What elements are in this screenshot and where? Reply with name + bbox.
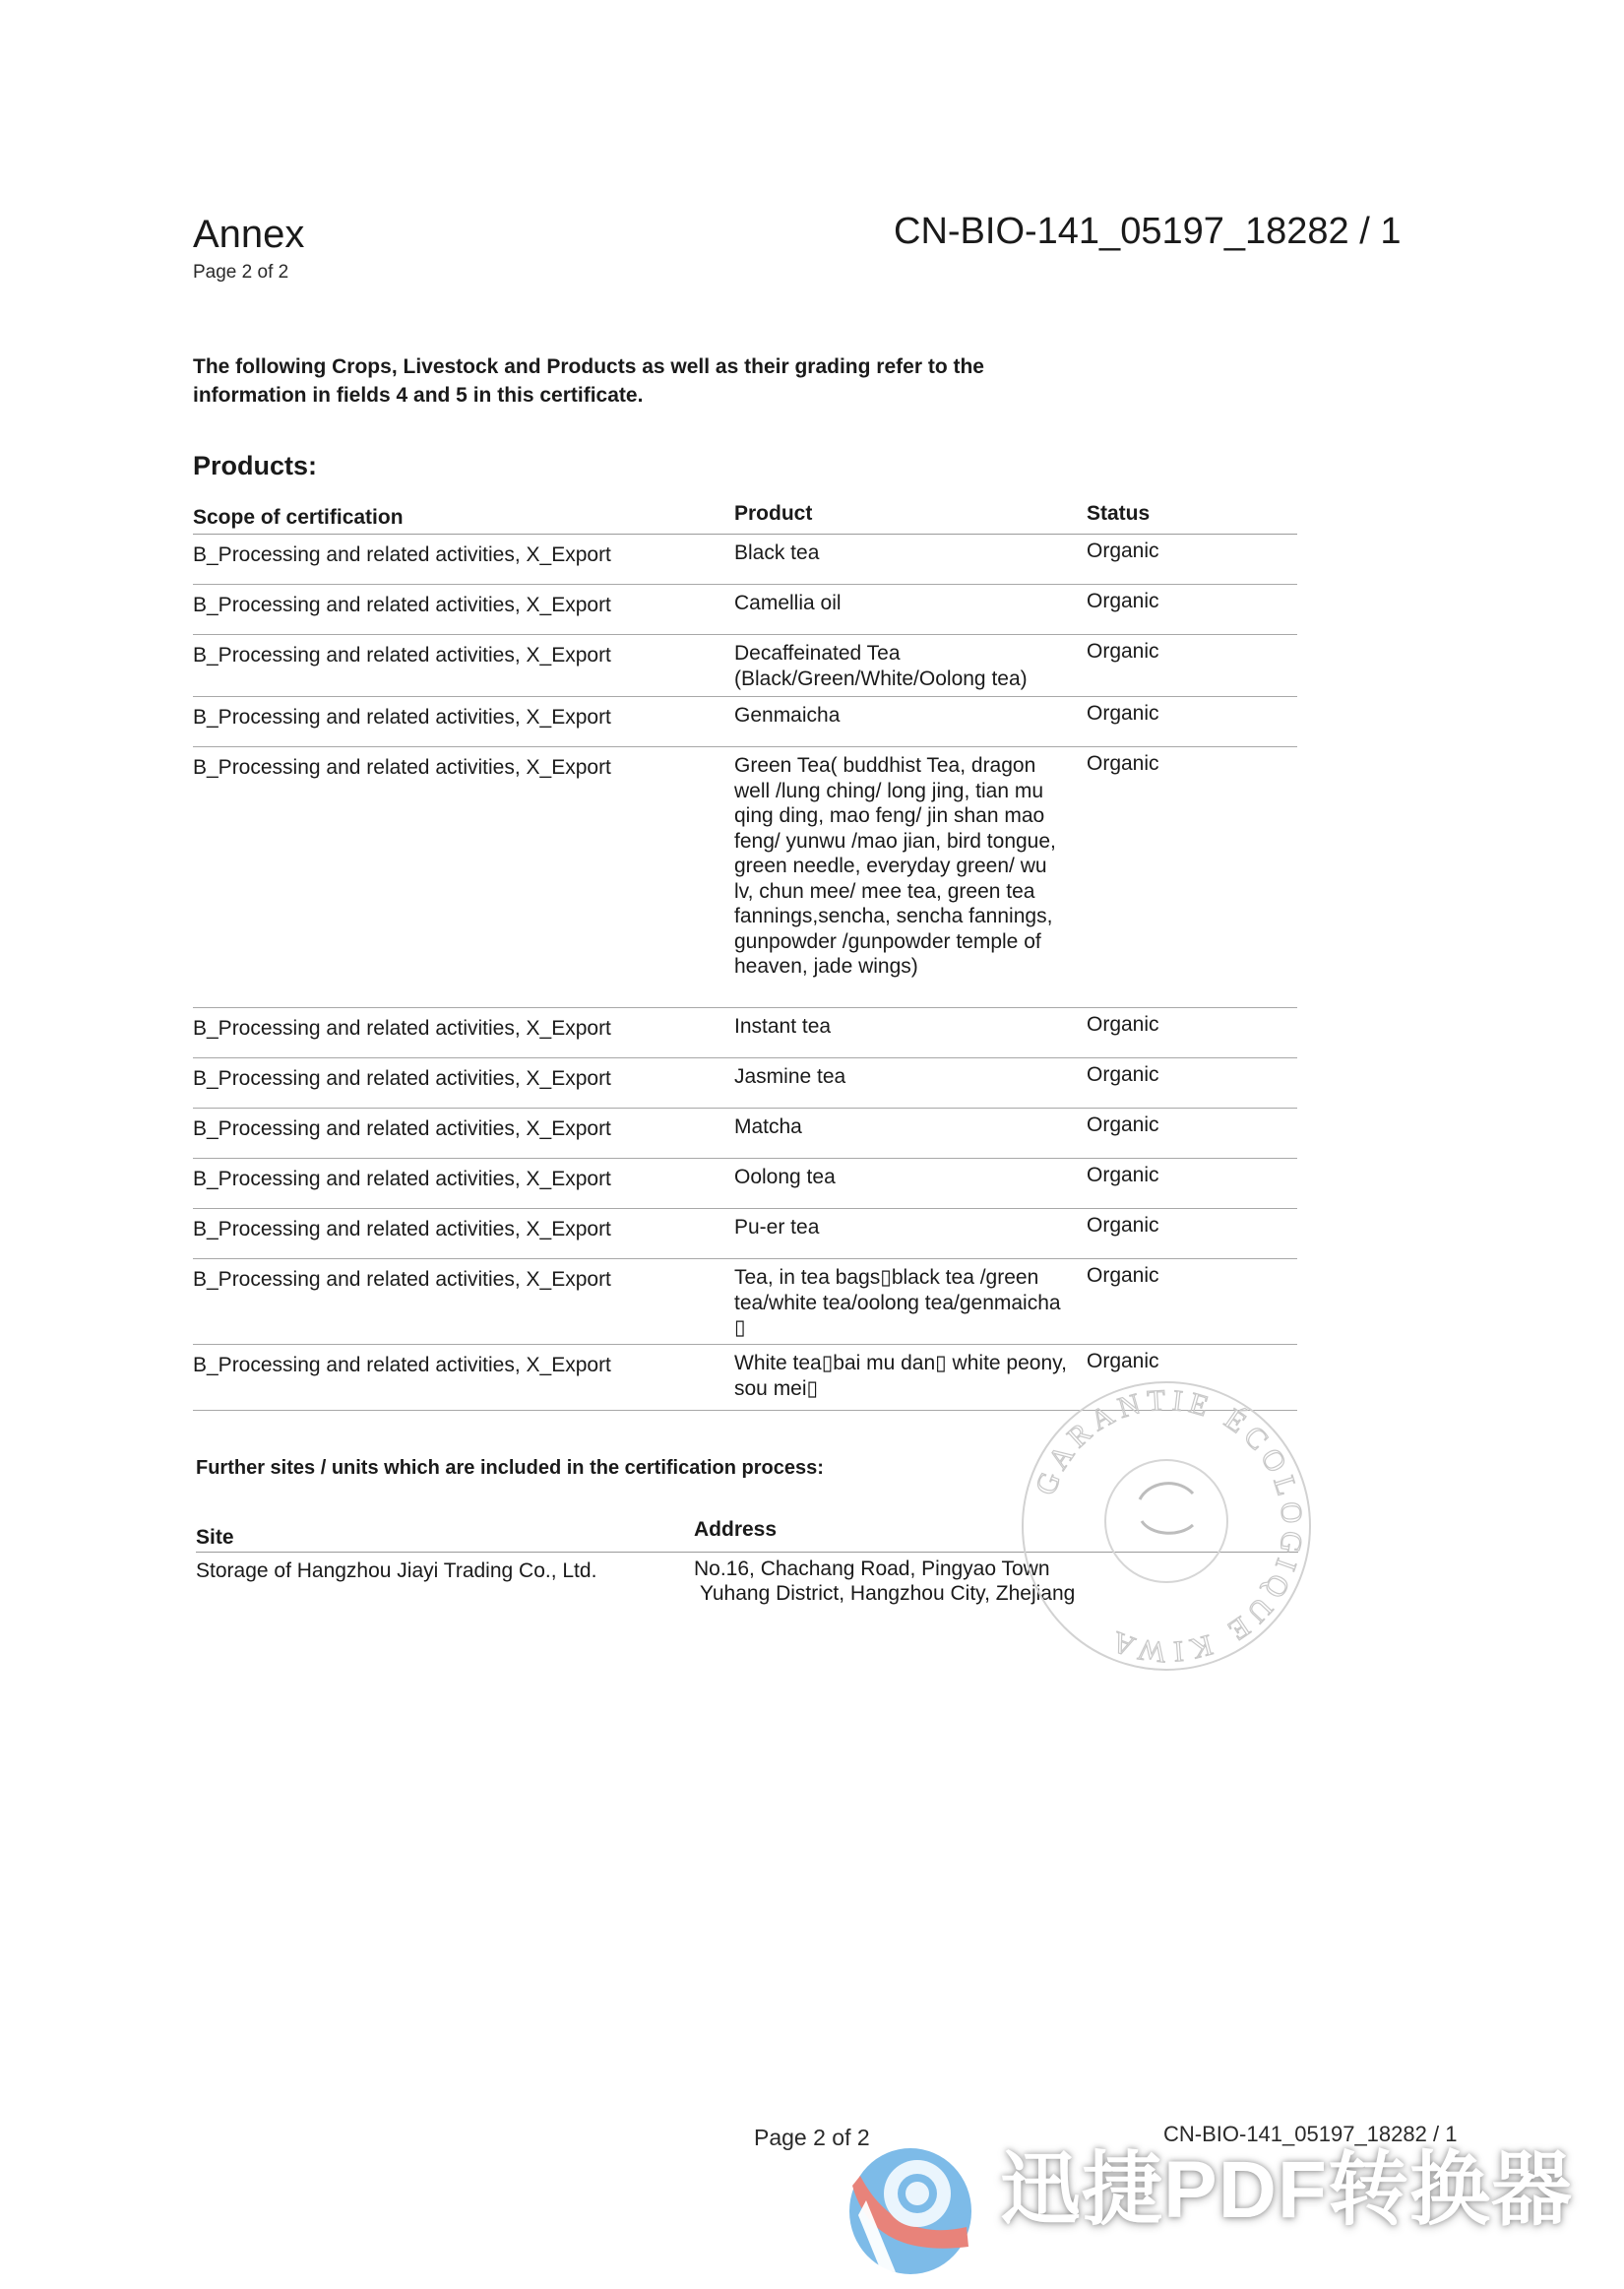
watermark-text: 迅捷PDF转换器 (1000, 2150, 1573, 2231)
intro-text: The following Crops, Livestock and Produ… (193, 352, 1079, 410)
table-row: B_Processing and related activities, X_E… (193, 535, 1297, 585)
certificate-id: CN-BIO-141_05197_18282 / 1 (894, 213, 1401, 250)
column-header-address: Address (694, 1518, 777, 1542)
products-table-header: Scope of certification Product Status (193, 500, 1297, 535)
table-row: B_Processing and related activities, X_E… (193, 585, 1297, 635)
scope-cell: B_Processing and related activities, X_E… (193, 1116, 611, 1142)
product-cell: Pu-er tea (734, 1215, 1069, 1240)
products-table: Scope of certification Product Status B_… (193, 500, 1297, 1411)
product-cell: Instant tea (734, 1014, 1069, 1040)
table-row: B_Processing and related activities, X_E… (193, 747, 1297, 1008)
svg-text:GARANTIE ÉCOLOGIQUE KIWA: GARANTIE ÉCOLOGIQUE KIWA (1030, 1384, 1309, 1669)
status-cell: Organic (1087, 1349, 1159, 1374)
footer-certificate-id: CN-BIO-141_05197_18282 / 1 (1163, 2122, 1457, 2147)
product-cell: Matcha (734, 1114, 1069, 1140)
product-cell: Genmaicha (734, 703, 1069, 729)
table-row: B_Processing and related activities, X_E… (193, 1209, 1297, 1259)
product-cell: Jasmine tea (734, 1064, 1069, 1090)
annex-page-label: Page 2 of 2 (193, 262, 288, 284)
product-cell: Tea, in tea bags▯black tea /green tea/wh… (734, 1265, 1069, 1341)
sites-heading: Further sites / units which are included… (196, 1457, 824, 1480)
table-row: B_Processing and related activities, X_E… (193, 1058, 1297, 1109)
column-header-product: Product (734, 502, 812, 526)
embossed-seal-icon: GARANTIE ÉCOLOGIQUE KIWA (1014, 1373, 1319, 1679)
scope-cell: B_Processing and related activities, X_E… (193, 1066, 611, 1092)
table-row: B_Processing and related activities, X_E… (193, 635, 1297, 697)
status-cell: Organic (1087, 1062, 1159, 1088)
column-header-site: Site (196, 1526, 234, 1550)
product-cell: Oolong tea (734, 1165, 1069, 1190)
products-heading: Products: (193, 451, 317, 481)
scope-cell: B_Processing and related activities, X_E… (193, 1016, 611, 1042)
site-name: Storage of Hangzhou Jiayi Trading Co., L… (196, 1558, 596, 1583)
status-cell: Organic (1087, 1113, 1159, 1138)
status-cell: Organic (1087, 589, 1159, 614)
scope-cell: B_Processing and related activities, X_E… (193, 755, 611, 781)
status-cell: Organic (1087, 539, 1159, 564)
column-header-status: Status (1087, 502, 1150, 526)
status-cell: Organic (1087, 751, 1159, 777)
table-row: B_Processing and related activities, X_E… (193, 1159, 1297, 1209)
scope-cell: B_Processing and related activities, X_E… (193, 542, 611, 568)
scope-cell: B_Processing and related activities, X_E… (193, 705, 611, 731)
product-cell: Camellia oil (734, 591, 1069, 616)
product-cell: Green Tea( buddhist Tea, dragon well /lu… (734, 753, 1069, 980)
pdf-converter-logo-icon (846, 2146, 974, 2276)
status-cell: Organic (1087, 1263, 1159, 1289)
scope-cell: B_Processing and related activities, X_E… (193, 1267, 611, 1293)
table-row: B_Processing and related activities, X_E… (193, 1008, 1297, 1058)
scope-cell: B_Processing and related activities, X_E… (193, 1217, 611, 1242)
scope-cell: B_Processing and related activities, X_E… (193, 1353, 611, 1378)
column-header-scope: Scope of certification (193, 506, 404, 530)
status-cell: Organic (1087, 639, 1159, 665)
product-cell: Decaffeinated Tea (Black/Green/White/Ool… (734, 641, 1069, 691)
product-cell: Black tea (734, 540, 1069, 566)
status-cell: Organic (1087, 1213, 1159, 1239)
status-cell: Organic (1087, 701, 1159, 727)
annex-title: Annex (193, 215, 304, 254)
table-row: B_Processing and related activities, X_E… (193, 697, 1297, 747)
table-row: B_Processing and related activities, X_E… (193, 1259, 1297, 1345)
scope-cell: B_Processing and related activities, X_E… (193, 1167, 611, 1192)
address-line-1: No.16, Chachang Road, Pingyao Town (694, 1558, 1050, 1580)
products-table-body: B_Processing and related activities, X_E… (193, 535, 1297, 1411)
scope-cell: B_Processing and related activities, X_E… (193, 593, 611, 618)
scope-cell: B_Processing and related activities, X_E… (193, 643, 611, 668)
status-cell: Organic (1087, 1163, 1159, 1188)
table-row: B_Processing and related activities, X_E… (193, 1109, 1297, 1159)
status-cell: Organic (1087, 1012, 1159, 1038)
